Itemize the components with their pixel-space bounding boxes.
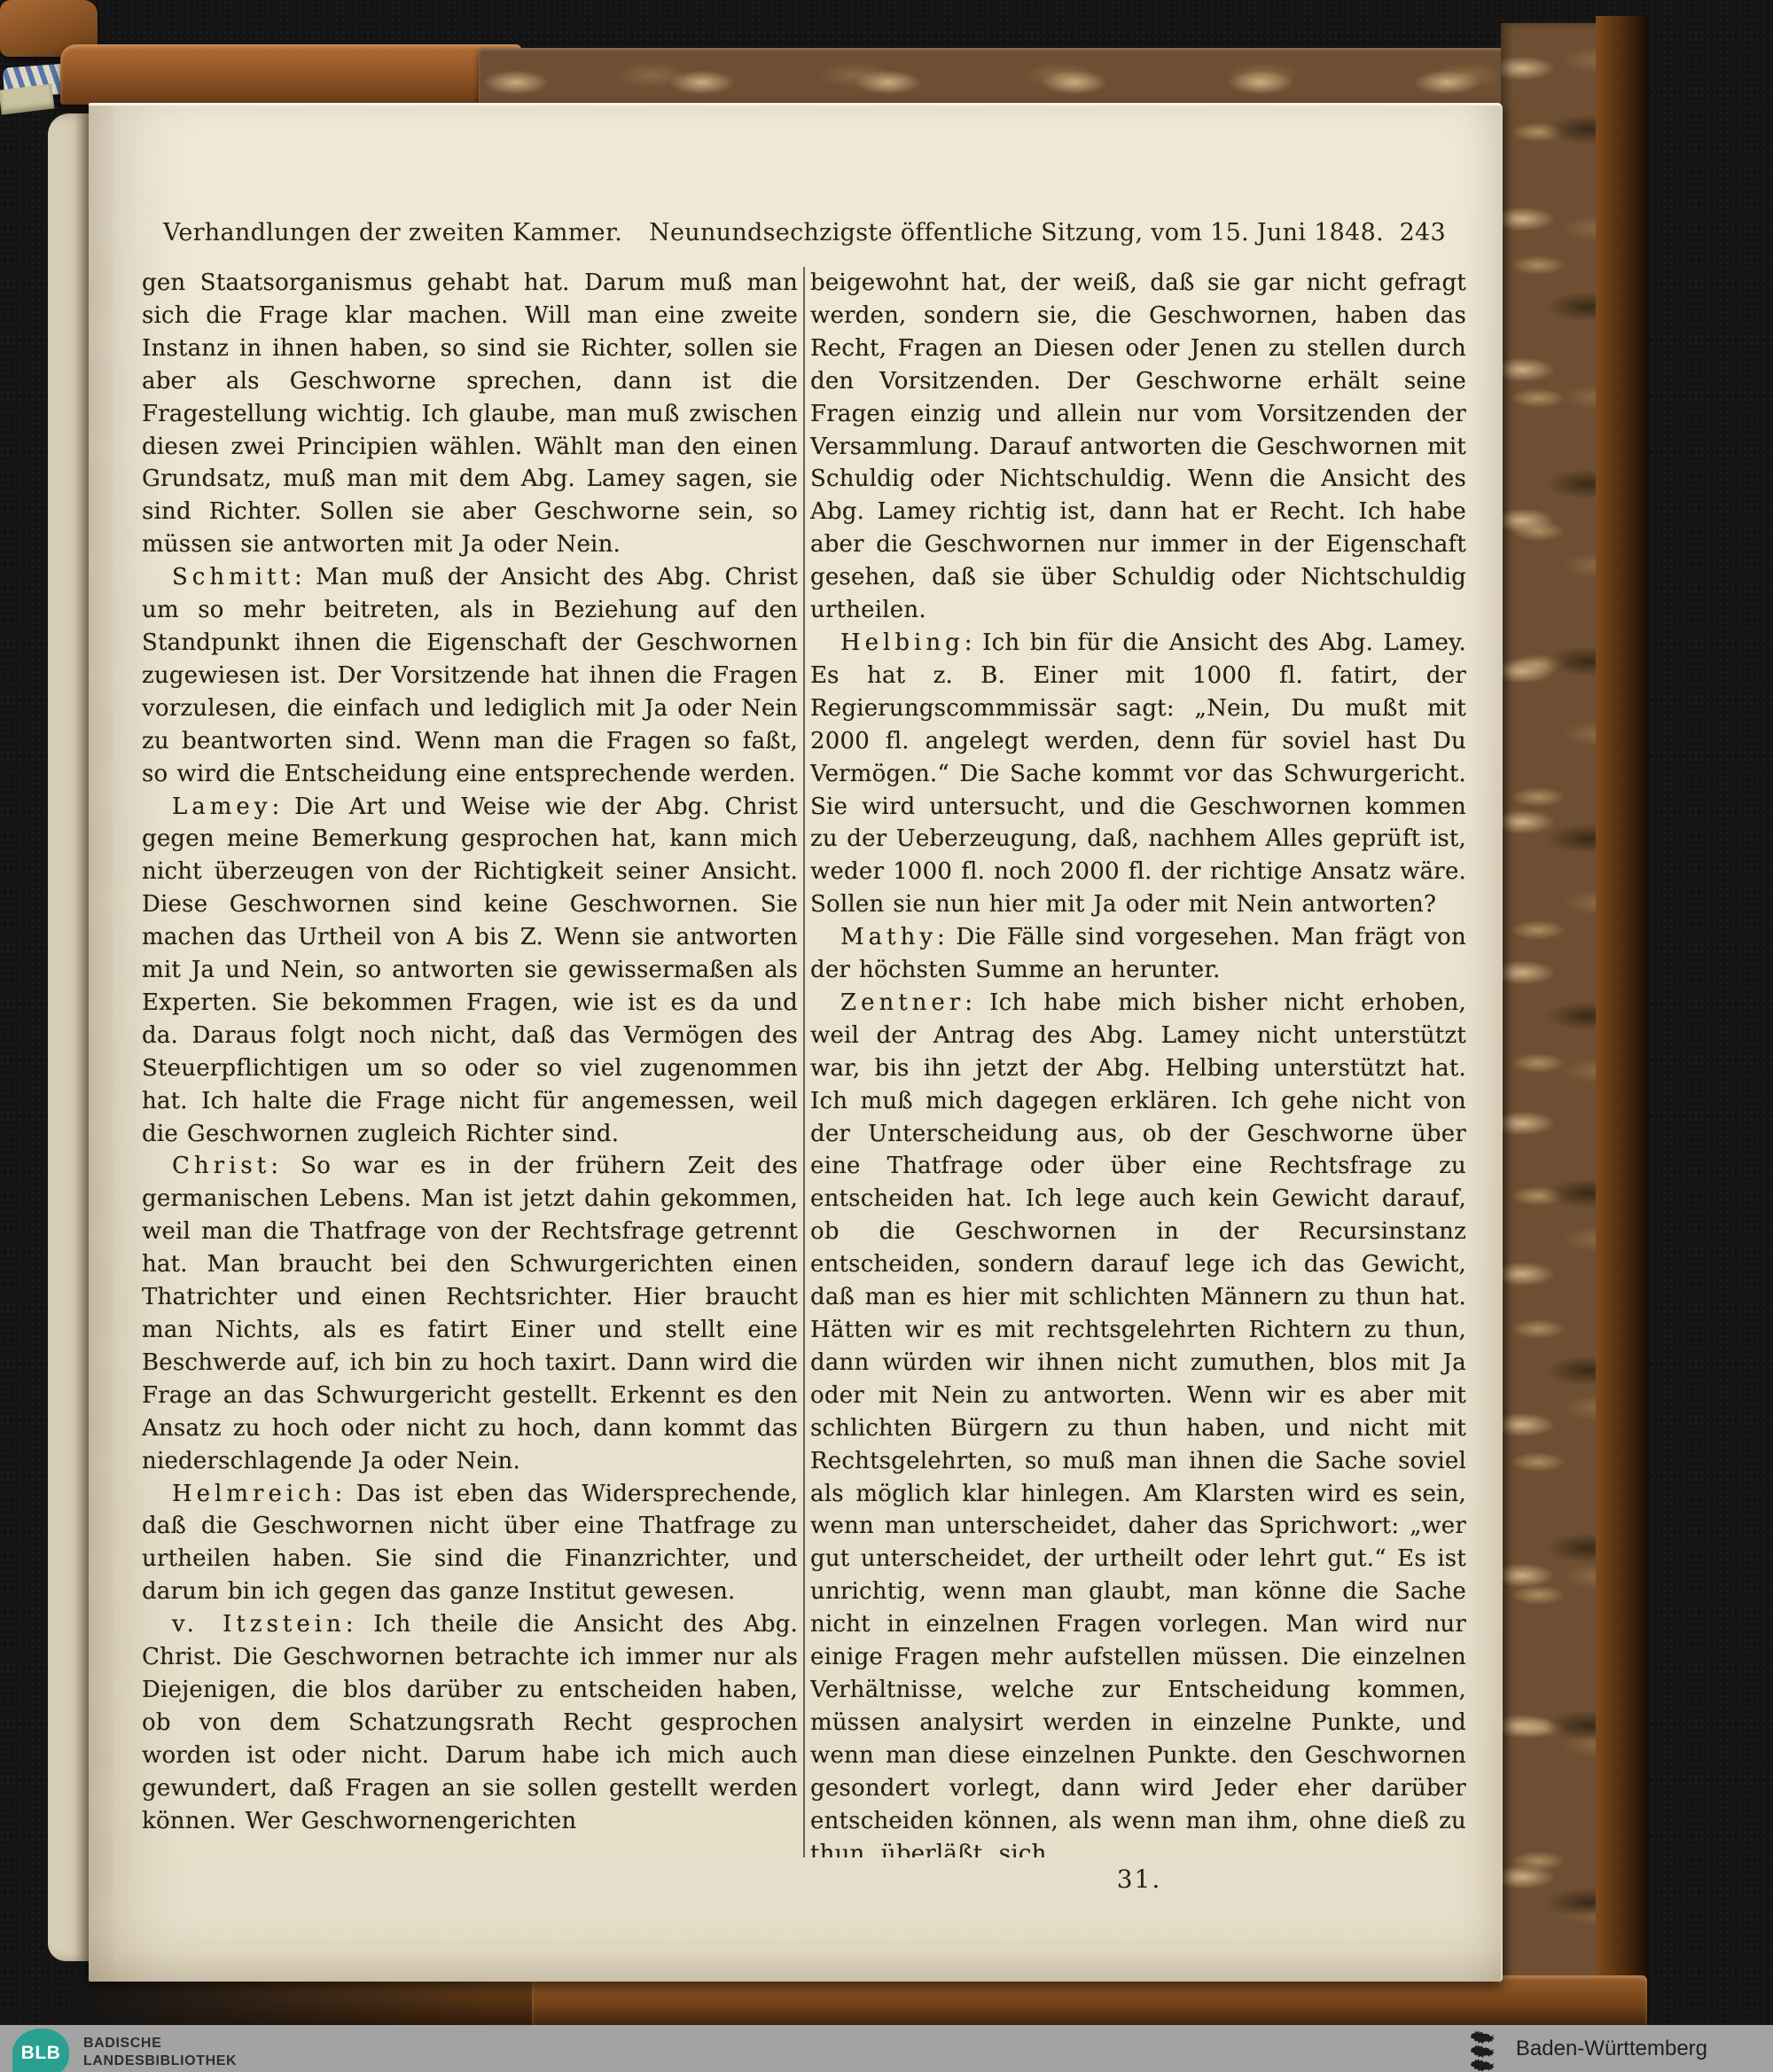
- header-chamber-title: Verhandlungen der zweiten Kammer.: [163, 219, 622, 246]
- book-cover-right-edge: [1596, 16, 1649, 2034]
- paragraph: Mathy: Die Fälle sind vorgesehen. Man fr…: [810, 921, 1466, 987]
- paragraph: beigewohnt hat, der weiß, daß sie gar ni…: [810, 267, 1466, 627]
- left-column: gen Staatsorganismus gehabt hat. Darum m…: [142, 267, 798, 1857]
- state-name: Baden-Württemberg: [1516, 2037, 1707, 2061]
- blb-logo: BLB: [12, 2029, 69, 2072]
- speaker-name: v. Itzstein: [172, 1611, 346, 1638]
- page-number: 243: [1400, 219, 1446, 246]
- speaker-name: Schmitt: [172, 564, 294, 590]
- speaker-name: Helbing: [840, 629, 965, 656]
- paragraph: gen Staatsorganismus gehabt hat. Darum m…: [142, 267, 798, 561]
- speaker-name: Christ: [172, 1153, 270, 1179]
- viewer-footer-bar: BLB BADISCHE LANDESBIBLIOTHEK Baden-Würt…: [0, 2025, 1773, 2072]
- library-name: BADISCHE LANDESBIBLIOTHEK: [83, 2035, 237, 2070]
- paragraph: Lamey: Die Art und Weise wie der Abg. Ch…: [142, 791, 798, 1151]
- speaker-name: Lamey: [172, 794, 272, 820]
- paragraph: Schmitt: Man muß der Ansicht des Abg. Ch…: [142, 561, 798, 790]
- text-columns: gen Staatsorganismus gehabt hat. Darum m…: [142, 267, 1469, 1857]
- speaker-name: Zentner: [840, 989, 965, 1016]
- state-branding: Baden-Württemberg: [1466, 2027, 1707, 2071]
- marbled-paper-top: [479, 48, 1543, 106]
- book-cover-top-edge: [60, 44, 521, 105]
- book-block-edge: [0, 83, 54, 114]
- header-session-title: Neunundsechzigste öffentliche Sitzung, v…: [649, 219, 1384, 246]
- paragraph: Helbing: Ich bin für die Ansicht des Abg…: [810, 627, 1466, 921]
- coat-of-arms-icon: [1466, 2027, 1505, 2071]
- paragraph: Helmreich: Das ist eben das Widerspreche…: [142, 1478, 798, 1609]
- blb-logo-text: BLB: [21, 2043, 61, 2064]
- paragraph: v. Itzstein: Ich theile die Ansicht des …: [142, 1608, 798, 1837]
- column-divider: [803, 267, 805, 1857]
- paragraph: Christ: So war es in der frühern Zeit de…: [142, 1150, 798, 1477]
- running-header: Verhandlungen der zweiten Kammer. Neunun…: [163, 219, 1446, 246]
- signature-mark: 31.: [811, 1865, 1467, 1894]
- paragraph: Zentner: Ich habe mich bisher nicht erho…: [810, 987, 1466, 1857]
- marbled-paper-edge: [1501, 23, 1600, 1984]
- book-page: Verhandlungen der zweiten Kammer. Neunun…: [89, 103, 1503, 1982]
- speaker-name: Mathy: [840, 924, 937, 950]
- facing-page-edge: [48, 113, 89, 1961]
- scan-viewer: Verhandlungen der zweiten Kammer. Neunun…: [0, 0, 1773, 2072]
- speaker-name: Helmreich: [172, 1481, 334, 1507]
- right-column: beigewohnt hat, der weiß, daß sie gar ni…: [810, 267, 1466, 1857]
